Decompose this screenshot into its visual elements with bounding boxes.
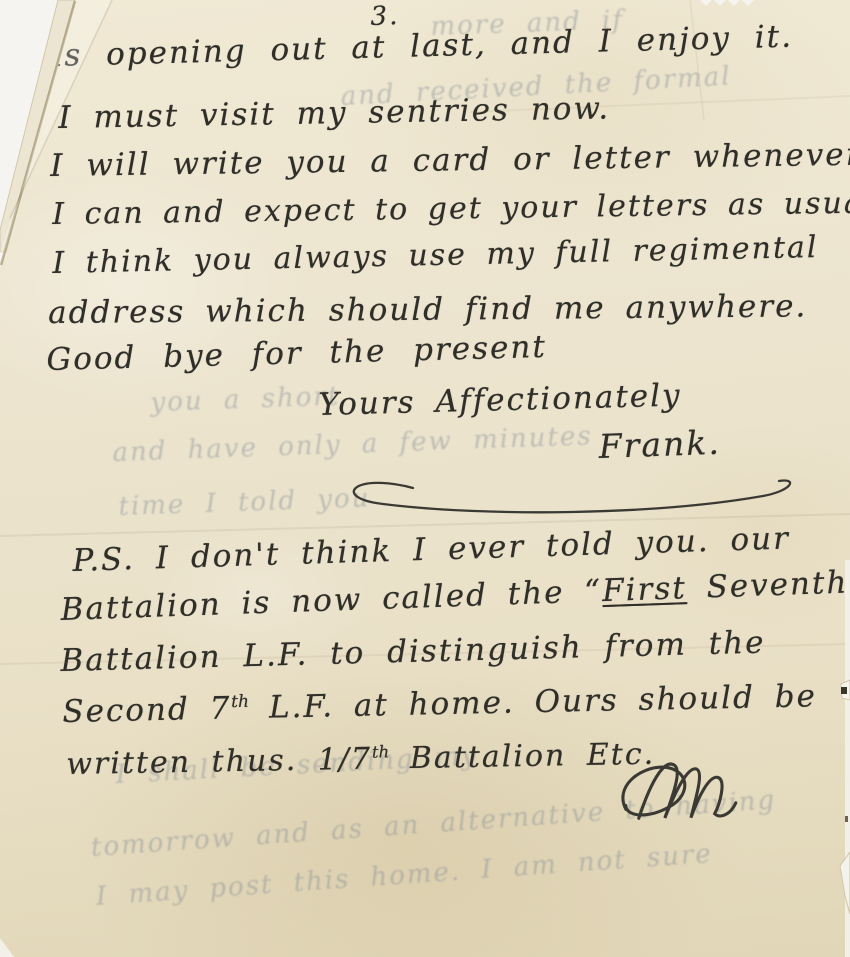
bleed-through-line: and have only a few minutes (112, 421, 593, 468)
letter-line: Good bye for the present (46, 329, 547, 378)
text-segment: written thus. 1/7 (66, 742, 372, 782)
signature-name: Frank. (598, 423, 721, 466)
letter-line: I must visit my sentries now. (58, 90, 610, 136)
postscript-line: Battalion L.F. to distinguish from the (60, 625, 766, 679)
signature-flourish (325, 470, 820, 522)
scanned-letter-page: more and if and received the formal you … (0, 0, 850, 957)
signature-initials-monogram (601, 743, 773, 849)
letter-line: address which should find me anywhere. (48, 288, 807, 331)
bleed-through-line: you a short (150, 381, 341, 418)
postscript-line: written thus. 1/7th Battalion Etc. (66, 737, 655, 782)
text-segment: L.F. at home. Ours should be (249, 678, 817, 726)
valediction: Yours Affectionately (318, 377, 682, 422)
postscript-line: Second 7th L.F. at home. Ours should be (62, 678, 817, 730)
ordinal-superscript: th (231, 692, 249, 712)
underlined-word: First (602, 570, 688, 609)
text-segment: Seventh (686, 564, 849, 606)
letter-paper: more and if and received the formal you … (0, 0, 850, 957)
letter-line: I think you always use my full regimenta… (52, 230, 819, 281)
letter-line: I will write you a card or letter whenev… (50, 137, 850, 184)
letter-line: I can and expect to get your letters as … (52, 185, 850, 232)
page-number: 3. (370, 1, 400, 32)
text-segment: Battalion is now called the “ (60, 573, 603, 628)
ordinal-superscript: th (372, 742, 390, 761)
text-segment: Second 7 (62, 690, 232, 730)
